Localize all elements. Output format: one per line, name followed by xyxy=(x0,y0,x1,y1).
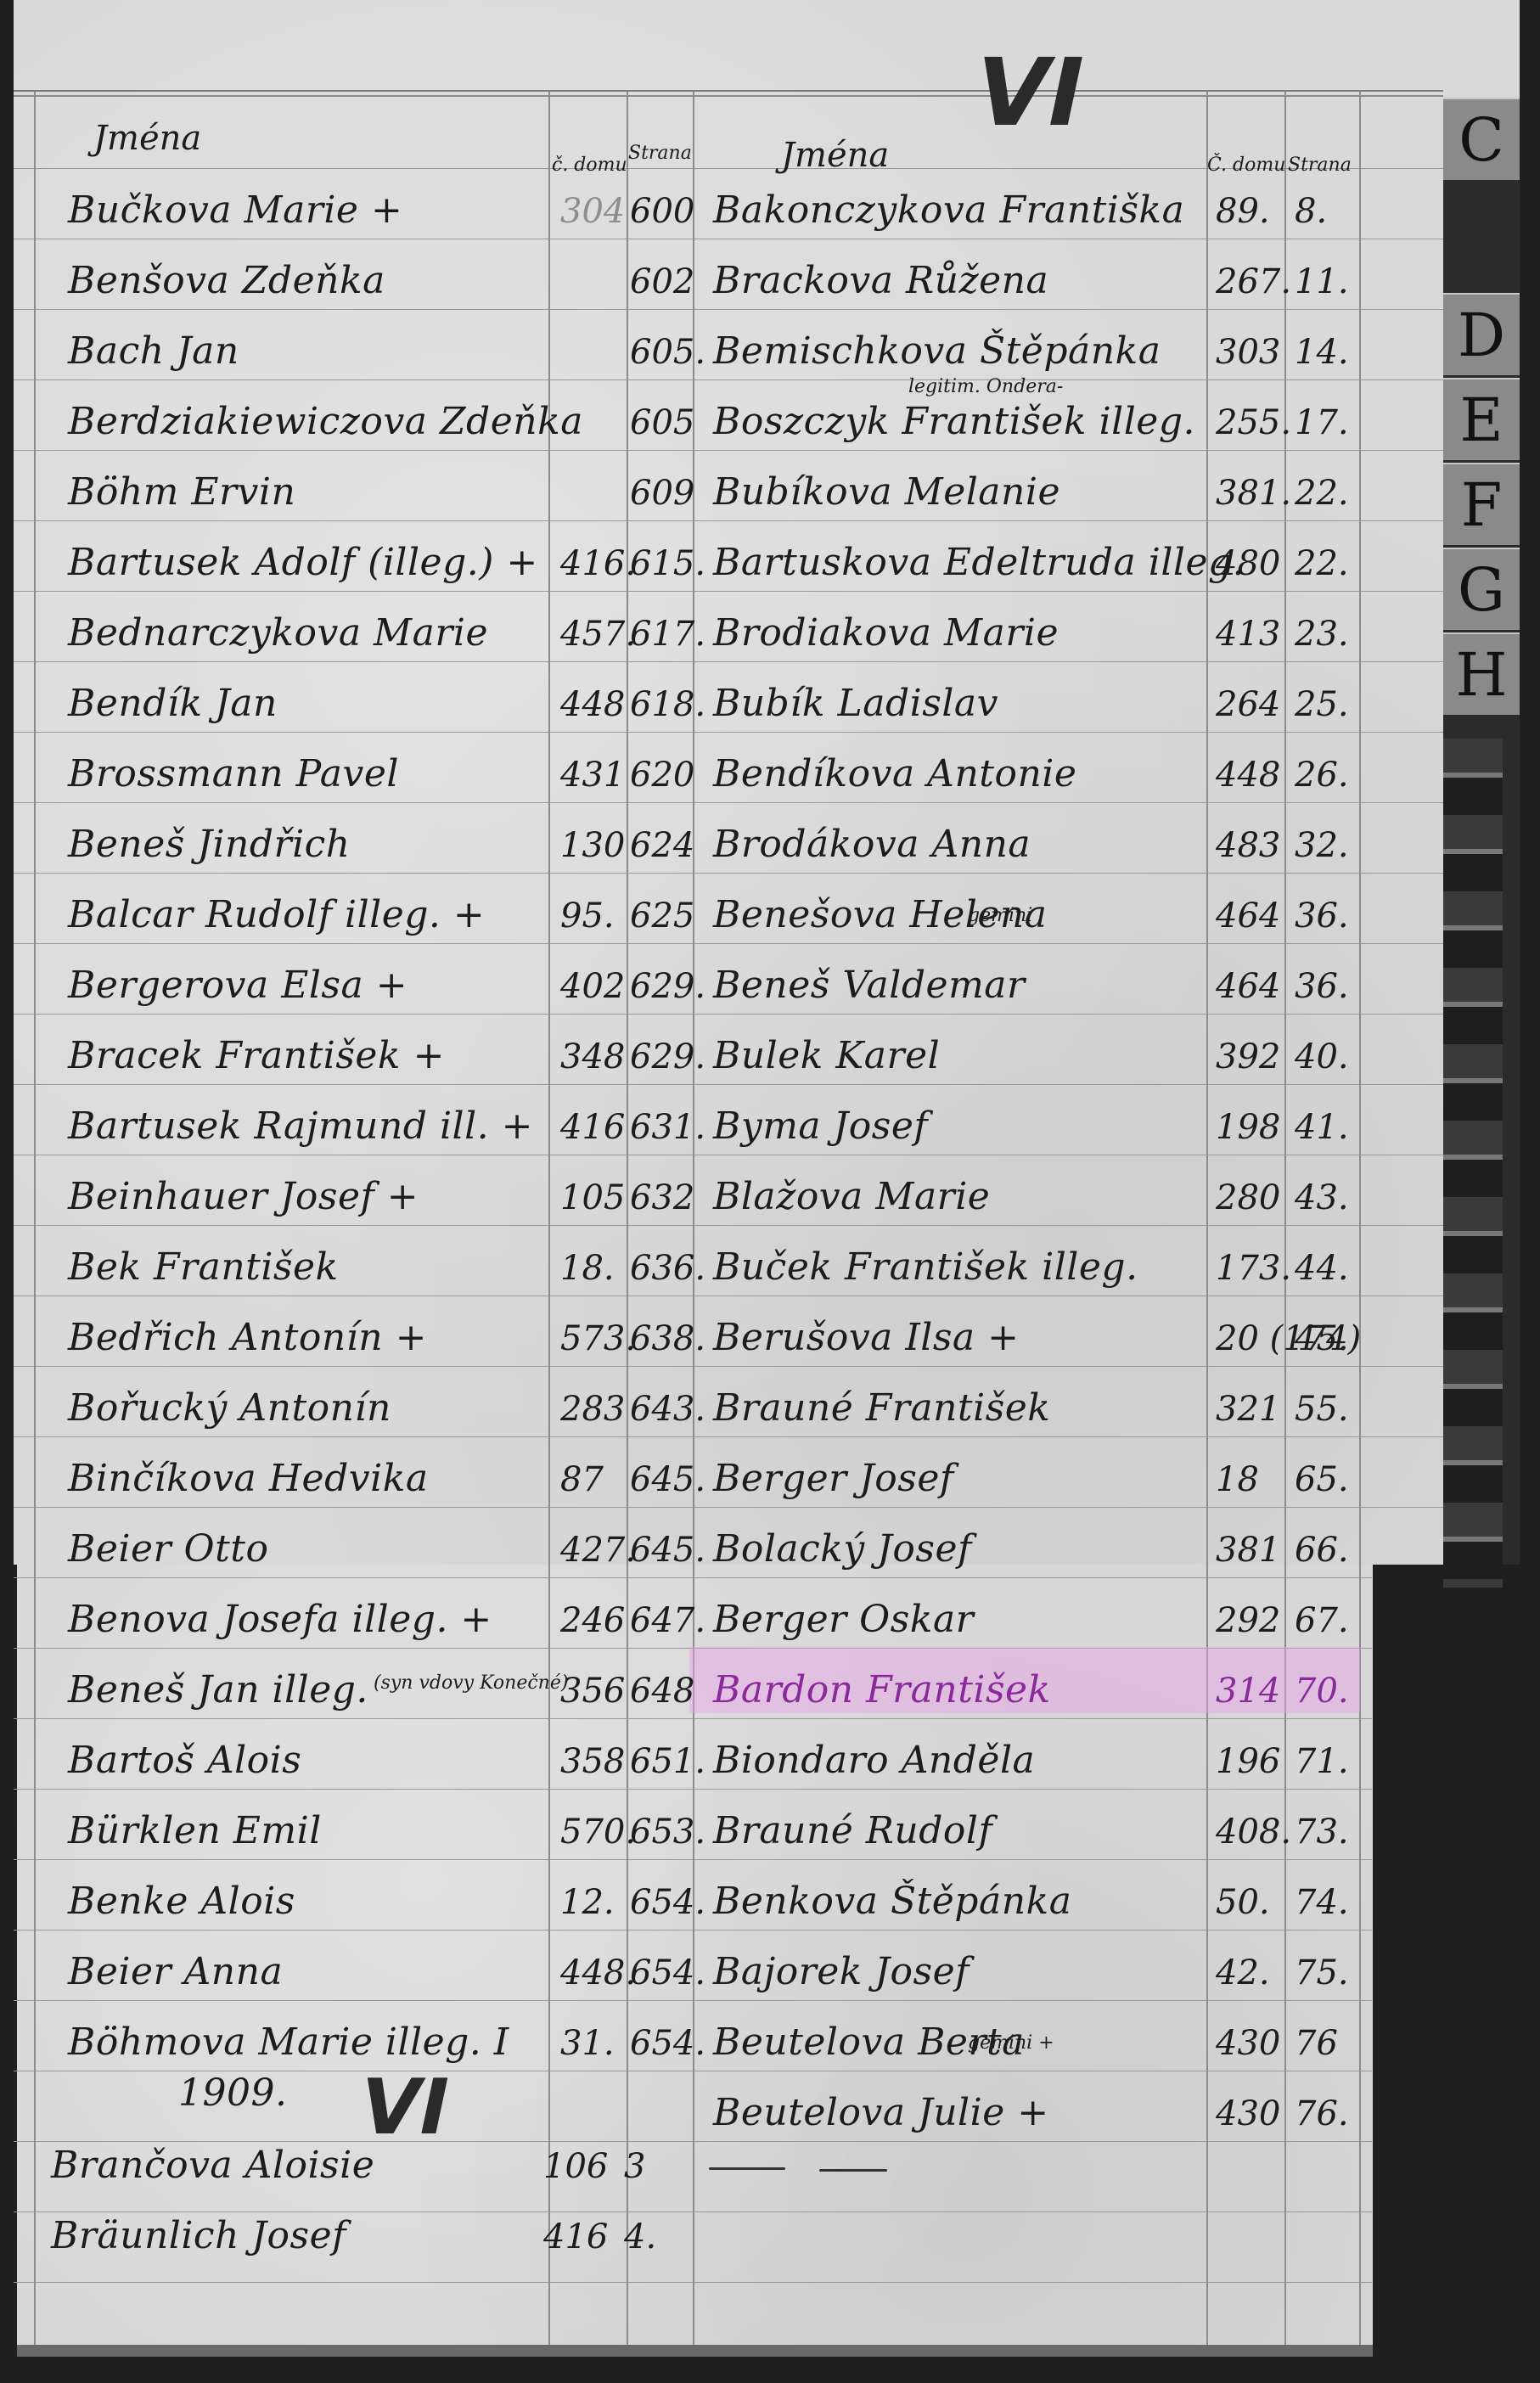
entry-name: Bendíkova Antonie xyxy=(713,752,1076,795)
index-tab-e[interactable]: E xyxy=(1443,378,1520,460)
entry-house-number: 573. xyxy=(560,1319,636,1358)
entry-house-number: 106 xyxy=(543,2147,608,2186)
row-rule xyxy=(14,379,1443,380)
entry-page-number: 645. xyxy=(630,1460,705,1499)
entry-page-number: 647. xyxy=(630,1601,705,1640)
index-tab-g[interactable]: G xyxy=(1443,548,1520,630)
entry-house-number: 283 xyxy=(560,1390,625,1429)
entry-house-number: 95. xyxy=(560,896,615,936)
left-header-page: Strana xyxy=(628,143,692,164)
entry-page-number: 45. xyxy=(1295,1319,1349,1358)
entry-name: Bräunlich Josef xyxy=(51,2214,346,2257)
right-header-page: Strana xyxy=(1288,155,1352,176)
entry-house-number: 304 xyxy=(560,192,625,231)
tab-letter: D xyxy=(1458,301,1505,370)
entry-name: Beinhauer Josef + xyxy=(68,1175,419,1218)
entry-house-number: 18. xyxy=(560,1249,615,1288)
entry-page-number: 17. xyxy=(1295,403,1349,442)
entry-page-number: 618. xyxy=(630,685,705,724)
entry-page-number: 67. xyxy=(1295,1601,1349,1640)
entry-name: Beneš Jan illeg. xyxy=(68,1668,368,1711)
entry-house-number: 267. xyxy=(1216,262,1291,301)
entry-page-number: 654. xyxy=(630,1953,705,1992)
column-rule xyxy=(1359,92,1361,2345)
entry-house-number: 246 xyxy=(560,1601,625,1640)
entry-page-number: 55. xyxy=(1295,1390,1349,1429)
entry-page-number: 651. xyxy=(630,1742,705,1781)
entry-name: Böhm Ervin xyxy=(68,470,295,514)
tab-letter: C xyxy=(1459,105,1504,175)
entry-page-number: 645. xyxy=(630,1531,705,1570)
entry-page-number: 22. xyxy=(1295,474,1349,513)
entry-name: Bubíkova Melanie xyxy=(713,470,1060,514)
entry-name: Bendík Jan xyxy=(68,682,278,725)
entry-house-number: 280 xyxy=(1216,1178,1280,1217)
entry-house-number: 430 xyxy=(1216,2094,1280,2133)
entry-name: Bulek Karel xyxy=(713,1034,940,1077)
entry-page-number: 26. xyxy=(1295,756,1349,795)
entry-house-number: 89. xyxy=(1216,192,1270,231)
entry-page-number: 653. xyxy=(630,1813,705,1852)
entry-page-number: 14. xyxy=(1295,333,1349,372)
row-rule xyxy=(14,1366,1443,1367)
entry-annotation: (syn vdovy Konečné) xyxy=(374,1672,568,1694)
entry-page-number: 11. xyxy=(1295,262,1349,301)
entry-house-number: 402 xyxy=(560,967,625,1006)
entry-house-number: 416 xyxy=(560,1108,625,1147)
entry-house-number: 303 xyxy=(1216,333,1280,372)
row-rule xyxy=(14,239,1443,239)
entry-house-number: 570. xyxy=(560,1813,636,1852)
entry-page-number: 76. xyxy=(1295,2094,1349,2133)
index-tab-f[interactable]: F xyxy=(1443,463,1520,545)
entry-name: Bartusek Adolf (illeg.) + xyxy=(68,541,538,584)
index-tab-h[interactable]: H xyxy=(1443,632,1520,715)
entry-page-number: 65. xyxy=(1295,1460,1349,1499)
entry-page-number: 609 xyxy=(630,474,694,513)
entry-page-number: 636. xyxy=(630,1249,705,1288)
entry-annotation: gemini + xyxy=(968,2032,1054,2054)
entry-page-number: 602 xyxy=(630,262,694,301)
entry-house-number: 480 xyxy=(1216,544,1280,583)
entry-page-number: 624 xyxy=(630,826,694,865)
row-rule xyxy=(14,873,1443,874)
entry-page-number: 629. xyxy=(630,967,705,1006)
end-of-list-mark xyxy=(819,2169,887,2172)
entry-name: Bajorek Josef xyxy=(713,1950,970,1993)
entry-house-number: 173. xyxy=(1216,1249,1291,1288)
row-rule xyxy=(14,661,1443,662)
tab-letter: F xyxy=(1461,470,1503,540)
entry-house-number: 348 xyxy=(560,1037,625,1076)
row-rule xyxy=(14,1084,1443,1085)
entry-house-number: 416. xyxy=(560,544,636,583)
entry-house-number: 457. xyxy=(560,615,636,654)
entry-house-number: 431 xyxy=(560,756,625,795)
entry-name: Böhmova Marie illeg. I xyxy=(68,2020,509,2064)
row-rule xyxy=(14,520,1443,521)
entry-page-number: 76 xyxy=(1295,2024,1338,2063)
right-header-house: Č. domu xyxy=(1207,155,1285,176)
entry-house-number: 430 xyxy=(1216,2024,1280,2063)
entry-name: Bracek František + xyxy=(68,1034,445,1077)
entry-house-number: 448 xyxy=(1216,756,1280,795)
entry-house-number: 356 xyxy=(560,1672,625,1711)
entry-page-number: 615. xyxy=(630,544,705,583)
page-bottom-edge xyxy=(17,2345,1373,2357)
entry-page-number: 605. xyxy=(630,333,705,372)
entry-house-number: 196 xyxy=(1216,1742,1280,1781)
entry-name: Benova Josefa illeg. + xyxy=(68,1598,492,1641)
row-rule xyxy=(14,1014,1443,1014)
entry-page-number: 8. xyxy=(1295,192,1327,231)
entry-name: Bach Jan xyxy=(68,329,239,373)
row-rule xyxy=(14,309,1443,310)
entry-name: Bakonczykova Františka xyxy=(713,188,1184,232)
entry-name: Buček František illeg. xyxy=(713,1245,1138,1289)
entry-page-number: 654. xyxy=(630,1883,705,1922)
column-rule xyxy=(34,92,36,2345)
entry-page-number: 3 xyxy=(624,2147,645,2186)
index-tab-c[interactable]: C xyxy=(1443,98,1520,180)
entry-page-number: 23. xyxy=(1295,615,1349,654)
left-header-house: č. domu xyxy=(552,155,627,176)
row-rule xyxy=(14,1155,1443,1155)
entry-page-number: 43. xyxy=(1295,1178,1349,1217)
entry-house-number: 31. xyxy=(560,2024,615,2063)
entry-house-number: 358 xyxy=(560,1742,625,1781)
entry-name: Bartuskova Edeltruda illeg. xyxy=(713,541,1245,584)
entry-name: Beier Otto xyxy=(68,1527,268,1571)
entry-name: Berušova Ilsa + xyxy=(713,1316,1020,1359)
row-rule xyxy=(14,1295,1443,1296)
entry-name: Bednarczykova Marie xyxy=(68,611,488,655)
entry-house-number: 42. xyxy=(1216,1953,1270,1992)
page-stack-edges xyxy=(1443,739,1503,1588)
entry-page-number: 625 xyxy=(630,896,694,936)
entry-name: Bürklen Emil xyxy=(68,1809,322,1852)
entry-house-number: 321 xyxy=(1216,1390,1280,1429)
entry-page-number: 74. xyxy=(1295,1883,1349,1922)
row-rule xyxy=(14,732,1443,733)
entry-house-number: 464 xyxy=(1216,967,1280,1006)
row-rule xyxy=(14,802,1443,803)
entry-name: Bolacký Josef xyxy=(713,1527,972,1571)
entry-house-number: 413 xyxy=(1216,615,1280,654)
entry-page-number: 605 xyxy=(630,403,694,442)
entry-house-number: 198 xyxy=(1216,1108,1280,1147)
entry-house-number: 483 xyxy=(1216,826,1280,865)
entry-page-number: 71. xyxy=(1295,1742,1349,1781)
entry-house-number: 448. xyxy=(560,1953,636,1992)
entry-name: Brančova Aloisie xyxy=(51,2144,374,2187)
entry-page-number: 25. xyxy=(1295,685,1349,724)
row-rule xyxy=(14,450,1443,451)
entry-name: Brauné Rudolf xyxy=(713,1809,992,1852)
entry-annotation: gemini xyxy=(968,905,1032,926)
entry-name: Boszczyk František illeg. xyxy=(713,400,1195,443)
entry-name: Brossmann Pavel xyxy=(68,752,399,795)
entry-house-number: 448 xyxy=(560,685,625,724)
entry-house-number: 130 xyxy=(560,826,625,865)
entry-house-number: 314 xyxy=(1216,1672,1280,1711)
entry-house-number: 464 xyxy=(1216,896,1280,936)
tab-letter: H xyxy=(1455,640,1507,710)
entry-name: Berger Oskar xyxy=(713,1598,974,1641)
row-rule xyxy=(14,1436,1443,1437)
entry-name: Binčíkova Hedvika xyxy=(68,1457,429,1500)
entry-page-number: 600 xyxy=(630,192,694,231)
entry-page-number: 66. xyxy=(1295,1531,1349,1570)
entry-page-number: 73. xyxy=(1295,1813,1349,1852)
entry-name: Bubík Ladislav xyxy=(713,682,998,725)
entry-page-number: 22. xyxy=(1295,544,1349,583)
entry-name: Bek František xyxy=(68,1245,339,1289)
entry-name: Bartoš Alois xyxy=(68,1739,301,1782)
entry-house-number: 12. xyxy=(560,1883,615,1922)
entry-name: Beier Anna xyxy=(68,1950,283,1993)
entry-house-number: 264 xyxy=(1216,685,1280,724)
entry-page-number: 40. xyxy=(1295,1037,1349,1076)
entry-name: Brodákova Anna xyxy=(713,823,1031,866)
entry-name: Biondaro Anděla xyxy=(713,1739,1035,1782)
entry-page-number: 654. xyxy=(630,2024,705,2063)
entry-name: Beutelova Julie + xyxy=(713,2091,1049,2134)
entry-page-number: 620 xyxy=(630,756,694,795)
entry-house-number: 381 xyxy=(1216,1531,1280,1570)
entry-house-number: 87 xyxy=(560,1460,604,1499)
entry-annotation: legitim. Ondera- xyxy=(908,376,1063,397)
entry-name: Berger Josef xyxy=(713,1457,954,1500)
left-header-name: Jména xyxy=(93,119,201,158)
entry-name: Bedřich Antonín + xyxy=(68,1316,427,1359)
entry-page-number: 36. xyxy=(1295,967,1349,1006)
entry-page-number: 75. xyxy=(1295,1953,1349,1992)
entry-name: Beneš Valdemar xyxy=(713,964,1026,1007)
entry-name: Bučkova Marie + xyxy=(68,188,402,232)
entry-house-number: 381. xyxy=(1216,474,1291,513)
entry-name: Bartusek Rajmund ill. + xyxy=(68,1104,533,1148)
entry-name: Bořucký Antonín xyxy=(68,1386,391,1430)
entry-name: Benke Alois xyxy=(68,1880,295,1923)
entry-name: Berdziakiewiczova Zdeňka xyxy=(68,400,583,443)
index-tab-d[interactable]: D xyxy=(1443,293,1520,375)
entry-house-number: 416 xyxy=(543,2217,608,2257)
entry-name: Brauné František xyxy=(713,1386,1050,1430)
entry-house-number: 18 xyxy=(1216,1460,1259,1499)
row-rule xyxy=(14,1225,1443,1226)
entry-page-number: 44. xyxy=(1295,1249,1349,1288)
entry-house-number: 392 xyxy=(1216,1037,1280,1076)
entry-page-number: 638. xyxy=(630,1319,705,1358)
entry-house-number: 427. xyxy=(560,1531,636,1570)
entry-name: Brodiakova Marie xyxy=(713,611,1059,655)
entry-name: Bemischkova Štěpánka xyxy=(713,329,1161,373)
right-header-name: Jména xyxy=(781,136,889,175)
entry-page-number: 32. xyxy=(1295,826,1349,865)
entry-house-number: 50. xyxy=(1216,1883,1270,1922)
entry-name: Brackova Růžena xyxy=(713,259,1048,302)
entry-page-number: 36. xyxy=(1295,896,1349,936)
entry-page-number: 629. xyxy=(630,1037,705,1076)
entry-name: Bergerova Elsa + xyxy=(68,964,407,1007)
tab-letter: E xyxy=(1459,385,1503,455)
entry-house-number: 105 xyxy=(560,1178,625,1217)
entry-name: Balcar Rudolf illeg. + xyxy=(68,893,485,936)
entry-house-number: 408. xyxy=(1216,1813,1291,1852)
row-rule xyxy=(14,591,1443,592)
entry-page-number: 648 xyxy=(630,1672,694,1711)
year-marker: 1909. xyxy=(178,2071,287,2115)
entry-name: Beneš Jindřich xyxy=(68,823,351,866)
entry-page-number: 632 xyxy=(630,1178,694,1217)
end-of-list-mark xyxy=(709,2167,785,2170)
entry-name: Bardon František xyxy=(713,1668,1051,1711)
entry-name: Byma Josef xyxy=(713,1104,928,1148)
row-rule xyxy=(14,1507,1443,1508)
entry-page-number: 70. xyxy=(1295,1672,1349,1711)
entry-house-number: 255. xyxy=(1216,403,1291,442)
tab-letter: G xyxy=(1458,555,1505,625)
entry-page-number: 41. xyxy=(1295,1108,1349,1147)
entry-page-number: 617. xyxy=(630,615,705,654)
entry-name: Blažova Marie xyxy=(713,1175,990,1218)
entry-page-number: 643. xyxy=(630,1390,705,1429)
column-rule xyxy=(1206,92,1208,2345)
entry-house-number: 292 xyxy=(1216,1601,1280,1640)
entry-name: Benšova Zdeňka xyxy=(68,259,385,302)
row-rule xyxy=(14,943,1443,944)
entry-page-number: 4. xyxy=(624,2217,656,2257)
entry-name: Benkova Štěpánka xyxy=(713,1880,1071,1923)
header-double-rule xyxy=(14,90,1443,97)
column-rule xyxy=(627,92,628,2345)
entry-page-number: 631. xyxy=(630,1108,705,1147)
